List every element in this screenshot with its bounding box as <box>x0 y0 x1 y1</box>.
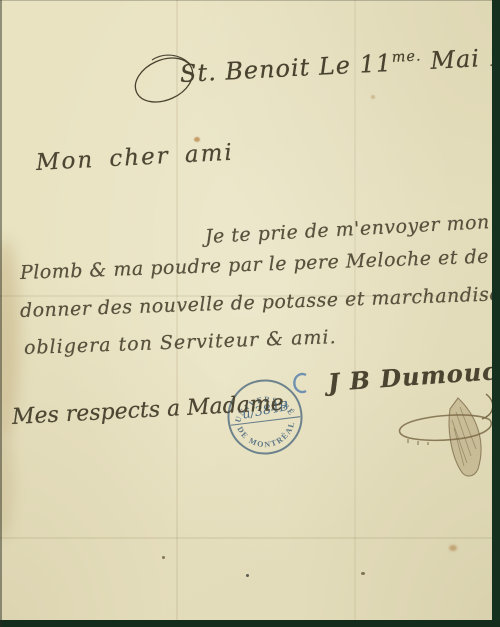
mount-edge-left <box>0 0 2 627</box>
fold-crease <box>0 537 500 539</box>
body-line-4: obligera ton Serviteur & ami. <box>24 326 337 359</box>
foxing-spot <box>371 95 375 99</box>
letter-scan: St. Benoit Le 11me. Mai 1819 Mon cher am… <box>0 0 500 627</box>
mount-edge-top <box>0 0 500 1</box>
dateline-prefix: St. Benoit Le 11 <box>179 49 393 88</box>
water-stain <box>0 420 14 540</box>
ink-speck <box>246 574 249 577</box>
mount-edge-bottom <box>0 620 500 627</box>
fold-crease <box>354 0 356 627</box>
body-line-1: Je te prie de m'envoyer mon <box>204 211 490 248</box>
body-line-3: donner des nouvelle de potasse et marcha… <box>20 282 500 322</box>
ink-speck <box>361 572 365 575</box>
dateline-ordinal-suffix: me. <box>391 48 422 66</box>
dateline-suffix: Mai 1819 <box>421 40 500 75</box>
signature-quill-flourish <box>390 392 500 484</box>
ink-speck <box>162 556 165 559</box>
body-line-2: Plomb & ma poudre par le pere Meloche et… <box>20 244 500 284</box>
foxing-spot <box>449 545 457 551</box>
salutation: Mon cher ami <box>35 140 234 176</box>
dateline: St. Benoit Le 11me. Mai 1819 <box>179 40 500 88</box>
signature: J B Dumouchel <box>327 353 500 397</box>
mount-edge-right <box>492 0 500 627</box>
